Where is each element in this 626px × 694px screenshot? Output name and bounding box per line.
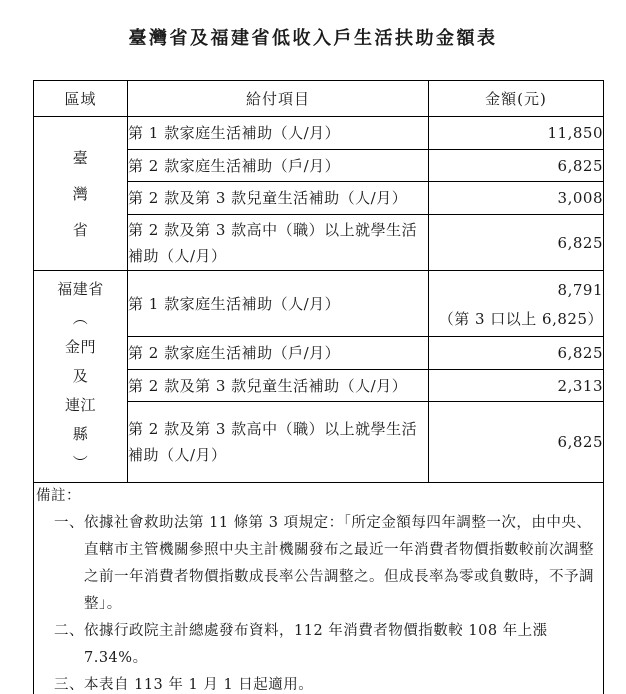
note-text: 本表自 113 年 1 月 1 日起適用。 (84, 677, 313, 693)
amount-cell: 2,313 (429, 370, 604, 402)
table-header-row: 區域 給付項目 金額(元) (34, 81, 604, 117)
note-text: 依據社會救助法第 11 條第 3 項規定：「所定金額每四年調整一次，由中央、直轄… (84, 515, 594, 612)
item-cell: 第 2 款及第 3 款高中（職）以上就學生活補助（人/月） (128, 215, 429, 271)
amount-cell: 8,791 （第 3 口以上 6,825） (429, 271, 604, 337)
note-number: 三、 (54, 677, 84, 693)
amount-cell: 6,825 (429, 337, 604, 370)
table-row: 臺 灣 省 第 1 款家庭生活補助（人/月） 11,850 (34, 117, 604, 150)
item-cell: 第 1 款家庭生活補助（人/月） (128, 117, 429, 150)
region-cell-taiwan: 臺 灣 省 (34, 117, 128, 271)
note-number: 二、 (54, 623, 84, 639)
notes-label: 備註： (36, 483, 603, 510)
item-cell: 第 2 款家庭生活補助（戶/月） (128, 150, 429, 182)
note-item-3: 三、本表自 113 年 1 月 1 日起適用。 (54, 672, 603, 694)
amount-note: （第 3 口以上 6,825） (429, 305, 603, 333)
item-cell: 第 2 款及第 3 款兒童生活補助（人/月） (128, 182, 429, 215)
note-item-1: 一、依據社會救助法第 11 條第 3 項規定：「所定金額每四年調整一次，由中央、… (54, 510, 603, 618)
region-cell-fujian: 福建省 ︵ 金門 及 連江 縣 ︶ (34, 271, 128, 483)
document-page: 臺灣省及福建省低收入戶生活扶助金額表 區域 給付項目 金額(元) 臺 灣 省 第… (0, 0, 626, 694)
item-cell: 第 2 款家庭生活補助（戶/月） (128, 337, 429, 370)
amount-cell: 6,825 (429, 402, 604, 483)
amount-cell: 3,008 (429, 182, 604, 215)
amount-cell: 6,825 (429, 150, 604, 182)
table-row: 福建省 ︵ 金門 及 連江 縣 ︶ 第 1 款家庭生活補助（人/月） 8,791… (34, 271, 604, 337)
document-title: 臺灣省及福建省低收入戶生活扶助金額表 (0, 24, 626, 50)
note-number: 一、 (54, 515, 84, 531)
column-header-item: 給付項目 (128, 81, 429, 117)
item-cell: 第 2 款及第 3 款高中（職）以上就學生活補助（人/月） (128, 402, 429, 483)
amount-value: 8,791 (429, 275, 603, 305)
amount-cell: 11,850 (429, 117, 604, 150)
column-header-region: 區域 (34, 81, 128, 117)
assistance-table: 區域 給付項目 金額(元) 臺 灣 省 第 1 款家庭生活補助（人/月） 11,… (33, 80, 604, 694)
notes-row: 備註： 一、依據社會救助法第 11 條第 3 項規定：「所定金額每四年調整一次，… (34, 483, 604, 694)
column-header-amount: 金額(元) (429, 81, 604, 117)
item-cell: 第 2 款及第 3 款兒童生活補助（人/月） (128, 370, 429, 402)
note-item-2: 二、依據行政院主計總處發布資料，112 年消費者物價指數較 108 年上漲 7.… (54, 618, 603, 672)
note-text: 依據行政院主計總處發布資料，112 年消費者物價指數較 108 年上漲 7.34… (84, 623, 548, 666)
notes-cell: 備註： 一、依據社會救助法第 11 條第 3 項規定：「所定金額每四年調整一次，… (34, 483, 604, 694)
item-cell: 第 1 款家庭生活補助（人/月） (128, 271, 429, 337)
amount-cell: 6,825 (429, 215, 604, 271)
